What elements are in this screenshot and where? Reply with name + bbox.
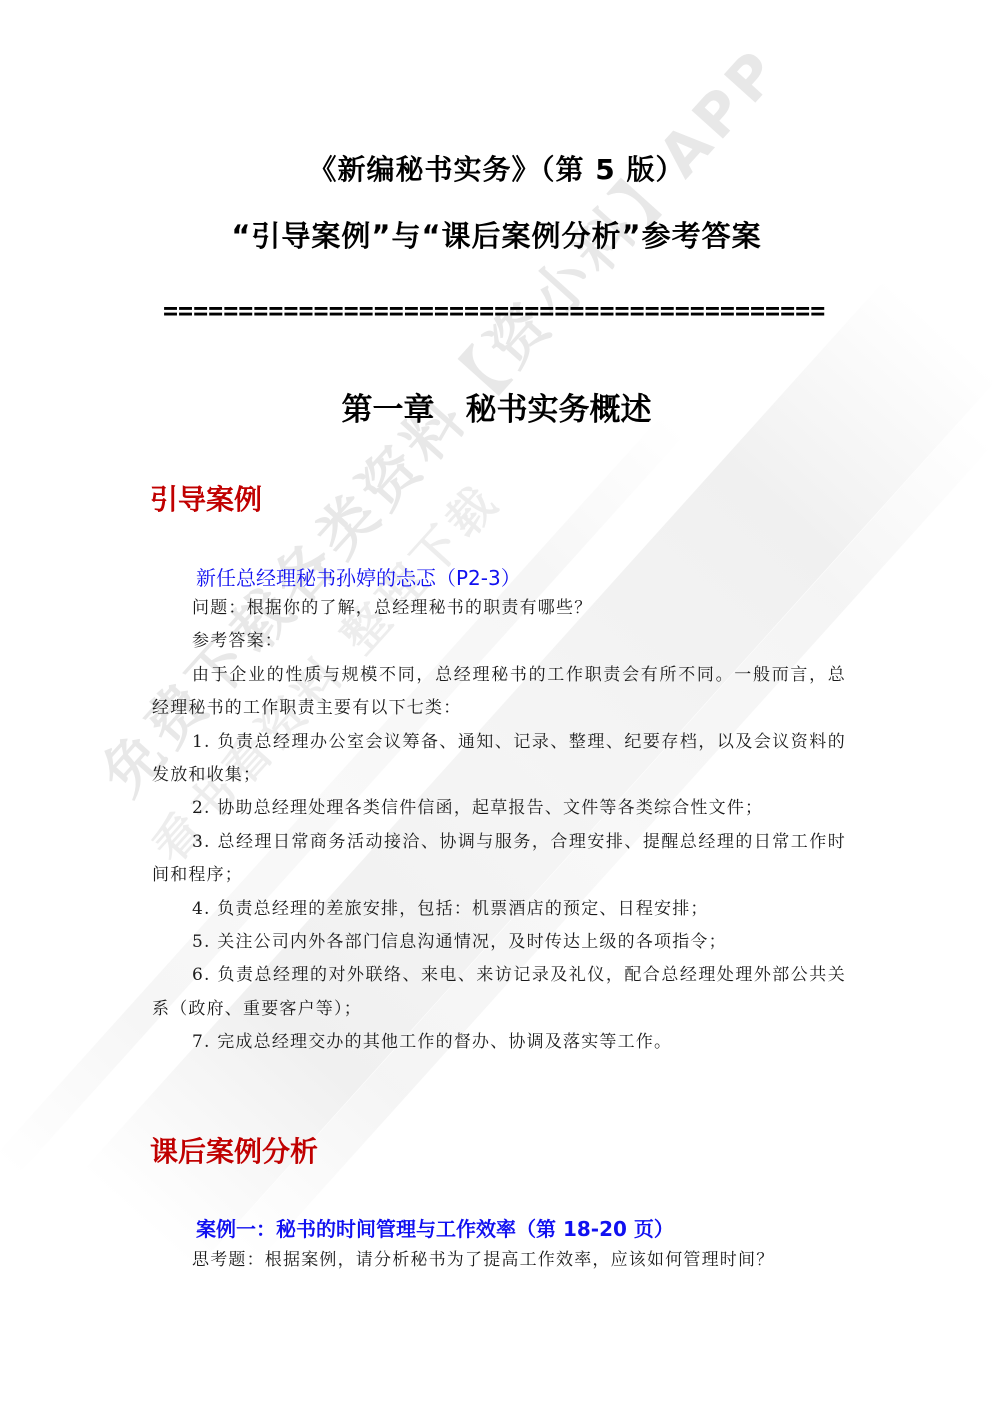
answer-item-1: 1. 负责总经理办公室会议筹备、通知、记录、整理、纪要存档，以及会议资料的发放和… bbox=[152, 726, 846, 793]
after-class-case-body: 思考题：根据案例，请分析秘书为了提高工作效率，应该如何管理时间？ bbox=[152, 1244, 846, 1277]
document-subtitle: “引导案例”与“课后案例分析”参考答案 bbox=[0, 214, 993, 255]
case-title-guided: 新任总经理秘书孙婷的忐忑（P2-3） bbox=[196, 562, 521, 591]
case-title-after-class: 案例一：秘书的时间管理与工作效率（第 18-20 页） bbox=[196, 1213, 674, 1242]
thinking-question: 思考题：根据案例，请分析秘书为了提高工作效率，应该如何管理时间？ bbox=[152, 1244, 846, 1277]
answer-item-6: 6. 负责总经理的对外联络、来电、来访记录及礼仪，配合总经理处理外部公共关系（政… bbox=[152, 959, 846, 1026]
answer-item-5: 5. 关注公司内外各部门信息沟通情况，及时传达上级的各项指令； bbox=[152, 926, 846, 959]
answer-item-2: 2. 协助总经理处理各类信件信函，起草报告、文件等各类综合性文件； bbox=[152, 792, 846, 825]
answer-label: 参考答案： bbox=[152, 625, 846, 658]
separator-line: ========================================… bbox=[163, 300, 830, 322]
answer-item-4: 4. 负责总经理的差旅安排，包括：机票酒店的预定、日程安排； bbox=[152, 893, 846, 926]
section-heading-after-class-case: 课后案例分析 bbox=[150, 1130, 318, 1170]
document-page: 《新编秘书实务》（第 5 版） “引导案例”与“课后案例分析”参考答案 ====… bbox=[0, 0, 993, 1404]
chapter-title: 第一章 秘书实务概述 bbox=[0, 384, 993, 429]
answer-intro: 由于企业的性质与规模不同，总经理秘书的工作职责会有所不同。一般而言，总经理秘书的… bbox=[152, 659, 846, 726]
answer-item-7: 7. 完成总经理交办的其他工作的督办、协调及落实等工作。 bbox=[152, 1026, 846, 1059]
guided-case-body: 问题：根据你的了解，总经理秘书的职责有哪些？ 参考答案： 由于企业的性质与规模不… bbox=[152, 592, 846, 1060]
document-title: 《新编秘书实务》（第 5 版） bbox=[0, 148, 993, 188]
question-text: 问题：根据你的了解，总经理秘书的职责有哪些？ bbox=[152, 592, 846, 625]
section-heading-guided-case: 引导案例 bbox=[150, 478, 262, 518]
answer-item-3: 3. 总经理日常商务活动接洽、协调与服务，合理安排、提醒总经理的日常工作时间和程… bbox=[152, 826, 846, 893]
